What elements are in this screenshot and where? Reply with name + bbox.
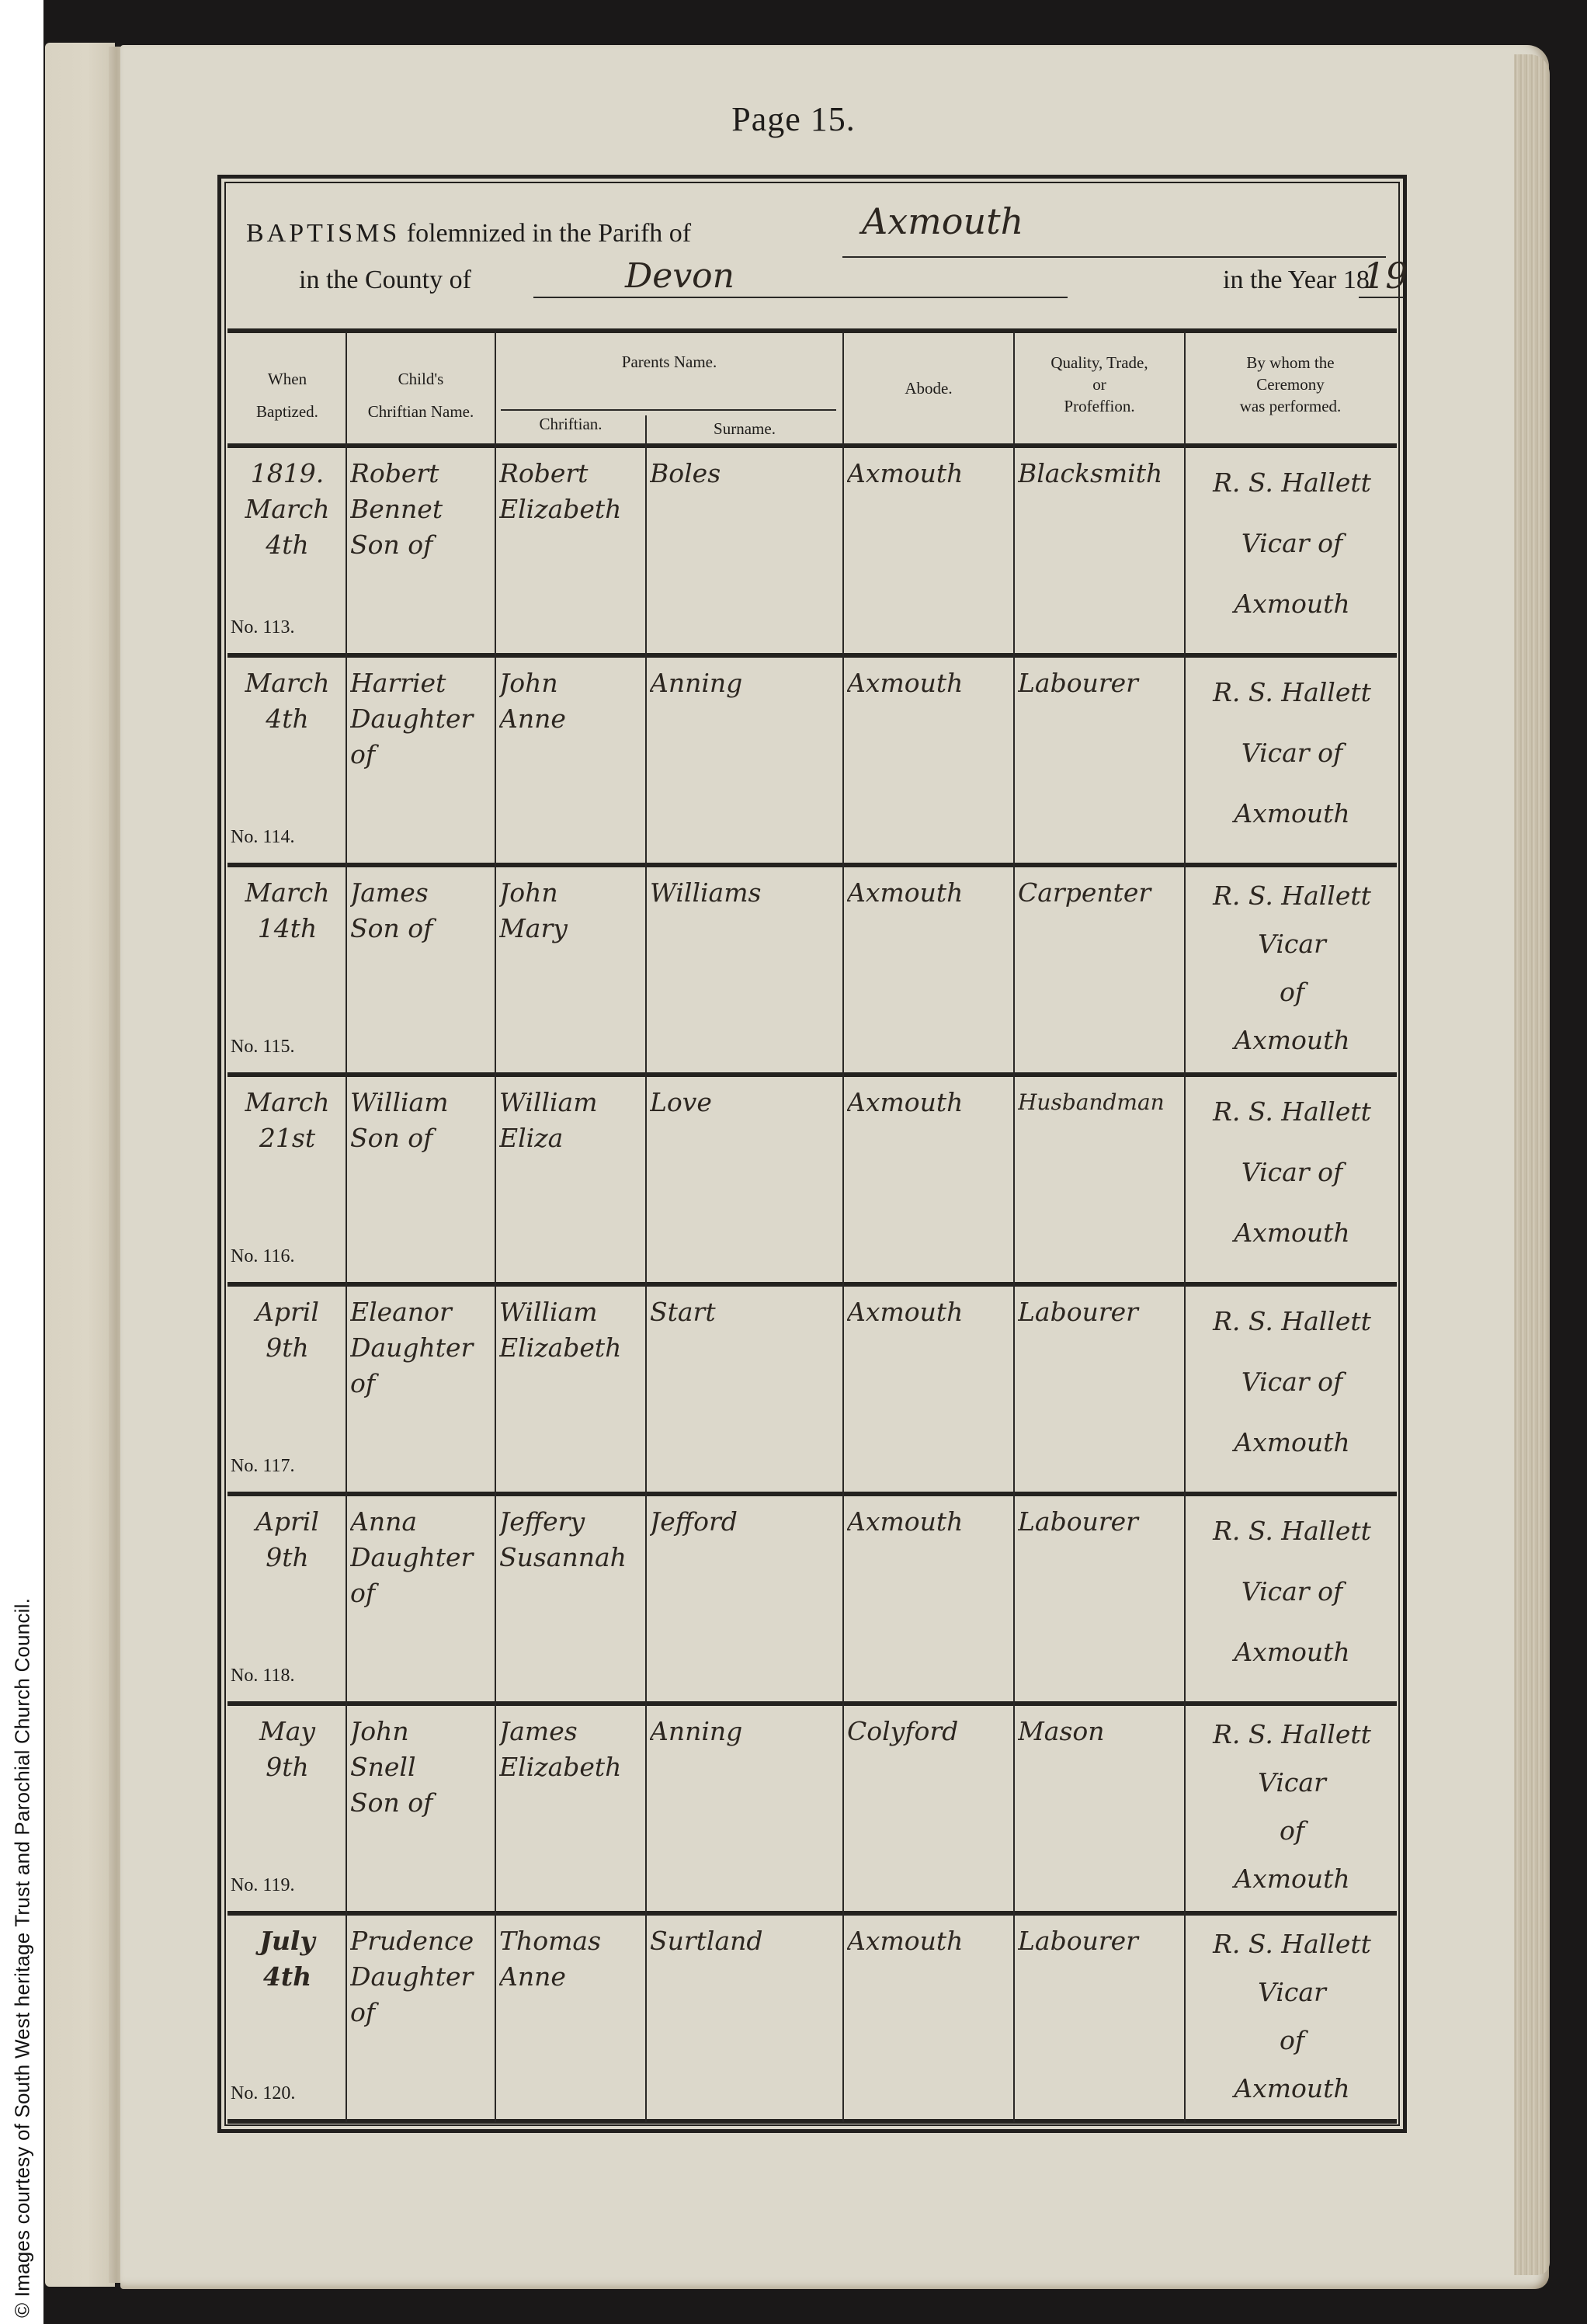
header-parents-name: Parents Name.: [496, 352, 842, 372]
cell-child-name: Prudence Daughter of: [350, 1923, 493, 2030]
rule-row-113: [227, 653, 1397, 658]
entry-number: No. 120.: [231, 2083, 295, 2104]
cell-surname: Williams: [650, 875, 841, 911]
cell-when: July 4th: [231, 1923, 344, 1995]
title-line-parish: BAPTISMS folemnized in the Parifh of: [246, 219, 691, 248]
cell-surname: Start: [650, 1294, 841, 1330]
cell-surname: Boles: [650, 456, 841, 492]
register-title-block: BAPTISMS folemnized in the Parifh of Axm…: [221, 179, 1403, 330]
cell-when: April 9th: [231, 1294, 344, 1366]
header-child-name: Child's Chriftian Name.: [347, 363, 495, 428]
cell-child-name: William Son of: [350, 1085, 493, 1156]
cell-child-name: James Son of: [350, 875, 493, 947]
header-when-baptized: When Baptized.: [229, 363, 346, 428]
cell-trade: Labourer: [1018, 1294, 1182, 1330]
cell-minister: R. S. Hallett Vicar of Axmouth: [1189, 1920, 1395, 2113]
cell-minister: R. S. Hallett Vicar of Axmouth: [1189, 872, 1395, 1065]
cell-abode: Colyford: [847, 1714, 1012, 1749]
entry-number: No. 119.: [231, 1875, 294, 1896]
cell-abode: Axmouth: [847, 1294, 1012, 1330]
cell-surname: Love: [650, 1085, 841, 1120]
cell-abode: Axmouth: [847, 1923, 1012, 1959]
cell-when: April 9th: [231, 1504, 344, 1575]
cell-child-name: John Snell Son of: [350, 1714, 493, 1821]
rule-row-115: [227, 1072, 1397, 1077]
cell-when: March 21st: [231, 1085, 344, 1156]
baptism-register: BAPTISMS folemnized in the Parifh of Axm…: [217, 175, 1407, 2133]
cell-trade: Husbandman: [1018, 1085, 1182, 1120]
entry-number: No. 115.: [231, 1037, 294, 1058]
parish-fill-line: [842, 256, 1386, 258]
left-page-edge: [45, 43, 115, 2287]
parents-subheader-rule: [501, 409, 836, 411]
cell-parents-christian: Jeffery Susannah: [499, 1504, 644, 1575]
divider-abode-trade: [1013, 332, 1015, 2122]
divider-child-parents: [495, 332, 496, 2122]
cell-child-name: Harriet Daughter of: [350, 665, 493, 773]
cell-trade: Labourer: [1018, 1923, 1182, 1959]
parish-value: Axmouth: [862, 200, 1023, 242]
cell-abode: Axmouth: [847, 665, 1012, 701]
cell-child-name: Anna Daughter of: [350, 1504, 493, 1611]
cell-surname: Jefford: [650, 1504, 841, 1540]
entry-number: No. 113.: [231, 617, 294, 638]
credit-strip: © Images courtesy of South West heritage…: [0, 0, 45, 2324]
cell-surname: Surtland: [650, 1923, 841, 1959]
cell-trade: Carpenter: [1018, 875, 1182, 911]
cell-minister: R. S. Hallett Vicar of Axmouth: [1189, 662, 1395, 844]
rule-row-118: [227, 1701, 1397, 1706]
year-fill-line: [1359, 297, 1404, 298]
cell-when: March 14th: [231, 875, 344, 947]
cell-parents-christian: William Eliza: [499, 1085, 644, 1156]
cell-parents-christian: William Elizabeth: [499, 1294, 644, 1366]
entry-number: No. 117.: [231, 1456, 294, 1477]
rule-row-119: [227, 1911, 1397, 1916]
cell-child-name: Robert Bennet Son of: [350, 456, 493, 563]
cell-minister: R. S. Hallett Vicar of Axmouth: [1189, 1501, 1395, 1683]
title-solemnized: folemnized in the Parifh of: [407, 219, 691, 248]
header-abode: Abode.: [844, 378, 1013, 398]
entry-number: No. 116.: [231, 1246, 294, 1267]
cell-abode: Axmouth: [847, 1504, 1012, 1540]
rule-row-117: [227, 1492, 1397, 1496]
cell-when: March 4th: [231, 665, 344, 737]
entry-number: No. 118.: [231, 1666, 294, 1687]
header-parents-christian: Chriftian.: [496, 414, 645, 434]
header-minister: By whom the Ceremony was performed.: [1186, 352, 1395, 417]
cell-minister: R. S. Hallett Vicar of Axmouth: [1189, 453, 1395, 634]
county-label: in the County of: [299, 266, 471, 295]
header-quality-trade: Quality, Trade, or Profeffion.: [1015, 352, 1184, 417]
rule-row-114: [227, 863, 1397, 867]
cell-child-name: Eleanor Daughter of: [350, 1294, 493, 1402]
cell-surname: Anning: [650, 665, 841, 701]
entry-number: No. 114.: [231, 827, 294, 848]
cell-parents-christian: John Mary: [499, 875, 644, 947]
header-parents-surname: Surname.: [647, 419, 842, 439]
page-stack-edge: [1514, 54, 1550, 2275]
cell-minister: R. S. Hallett Vicar of Axmouth: [1189, 1082, 1395, 1263]
title-baptisms: BAPTISMS: [246, 219, 400, 248]
cell-trade: Mason: [1018, 1714, 1182, 1749]
cell-minister: R. S. Hallett Vicar of Axmouth: [1189, 1711, 1395, 1903]
rule-row-116: [227, 1282, 1397, 1287]
cell-abode: Axmouth: [847, 1085, 1012, 1120]
cell-minister: R. S. Hallett Vicar of Axmouth: [1189, 1291, 1395, 1473]
divider-when-child: [346, 332, 347, 2122]
rule-row-120: [227, 2119, 1397, 2124]
divider-trade-minister: [1184, 332, 1186, 2122]
cell-trade: Labourer: [1018, 665, 1182, 701]
cell-trade: Labourer: [1018, 1504, 1182, 1540]
cell-parents-christian: John Anne: [499, 665, 644, 737]
divider-christian-surname: [645, 415, 647, 2122]
year-value: 19: [1363, 255, 1408, 297]
page-number: Page 15.: [0, 99, 1587, 139]
divider-parents-abode: [842, 332, 844, 2122]
cell-trade: Blacksmith: [1018, 456, 1182, 492]
county-value: Devon: [625, 256, 734, 296]
cell-parents-christian: Robert Elizabeth: [499, 456, 644, 527]
image-credit: © Images courtesy of South West heritage…: [11, 1598, 35, 2318]
cell-when: 1819. March 4th: [231, 456, 344, 563]
rule-header-top: [227, 328, 1397, 333]
cell-surname: Anning: [650, 1714, 841, 1749]
rule-header-bottom: [227, 443, 1397, 448]
cell-abode: Axmouth: [847, 875, 1012, 911]
cell-parents-christian: James Elizabeth: [499, 1714, 644, 1785]
year-label: in the Year 18: [1223, 266, 1370, 295]
county-fill-line: [533, 297, 1068, 298]
cell-when: May 9th: [231, 1714, 344, 1785]
cell-abode: Axmouth: [847, 456, 1012, 492]
cell-parents-christian: Thomas Anne: [499, 1923, 644, 1995]
